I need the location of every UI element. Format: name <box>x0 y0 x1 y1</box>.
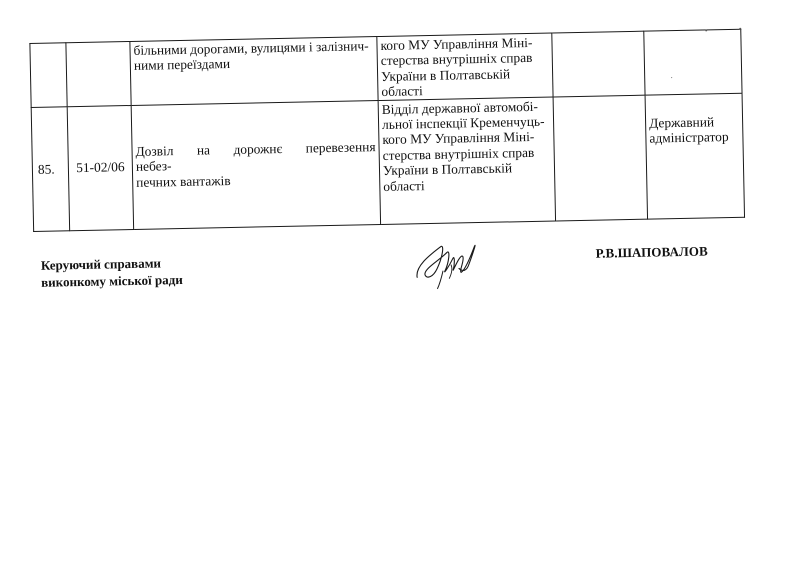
row-code-cell: 51-02/06 <box>67 105 133 230</box>
document-cell <box>552 31 645 96</box>
signature-icon <box>412 234 483 290</box>
authority-cell: кого МУ Управління Міні- стерства внутрі… <box>377 33 553 100</box>
administrator-cell: Державний адміністратор <box>645 93 744 219</box>
administrator-line: Державний <box>649 113 739 130</box>
row-number-cell <box>30 43 67 107</box>
table-row: 85. 51-02/06 Дозвіл на дорожнє перевезен… <box>31 93 744 231</box>
signoff-position: Керуючий справами виконкому міської ради <box>41 254 183 291</box>
service-name-cell: Дозвіл на дорожнє перевезення небез- печ… <box>131 100 380 229</box>
scan-speck <box>739 28 741 30</box>
signer-name: Р.В.ШАПОВАЛОВ <box>596 243 708 261</box>
document-page: більними дорогами, вулицями і залізнич- … <box>0 0 800 569</box>
services-table: більними дорогами, вулицями і залізнич- … <box>29 29 745 232</box>
administrator-cell <box>644 29 742 95</box>
authority-cell: Відділ державної автомобі- льної інспекц… <box>378 97 555 224</box>
scan-speck <box>671 77 672 78</box>
service-name-line: Дозвіл на дорожнє перевезення небез- <box>135 139 376 175</box>
scan-speck <box>705 29 707 31</box>
row-number-cell: 85. <box>31 106 69 231</box>
service-name-cell: більними дорогами, вулицями і залізнич- … <box>130 37 378 106</box>
document-cell <box>553 95 647 221</box>
row-code-cell <box>66 42 131 107</box>
position-line: виконкому міської ради <box>41 271 183 291</box>
administrator-line: адміністратор <box>649 129 739 146</box>
authority-line: області <box>383 175 551 194</box>
